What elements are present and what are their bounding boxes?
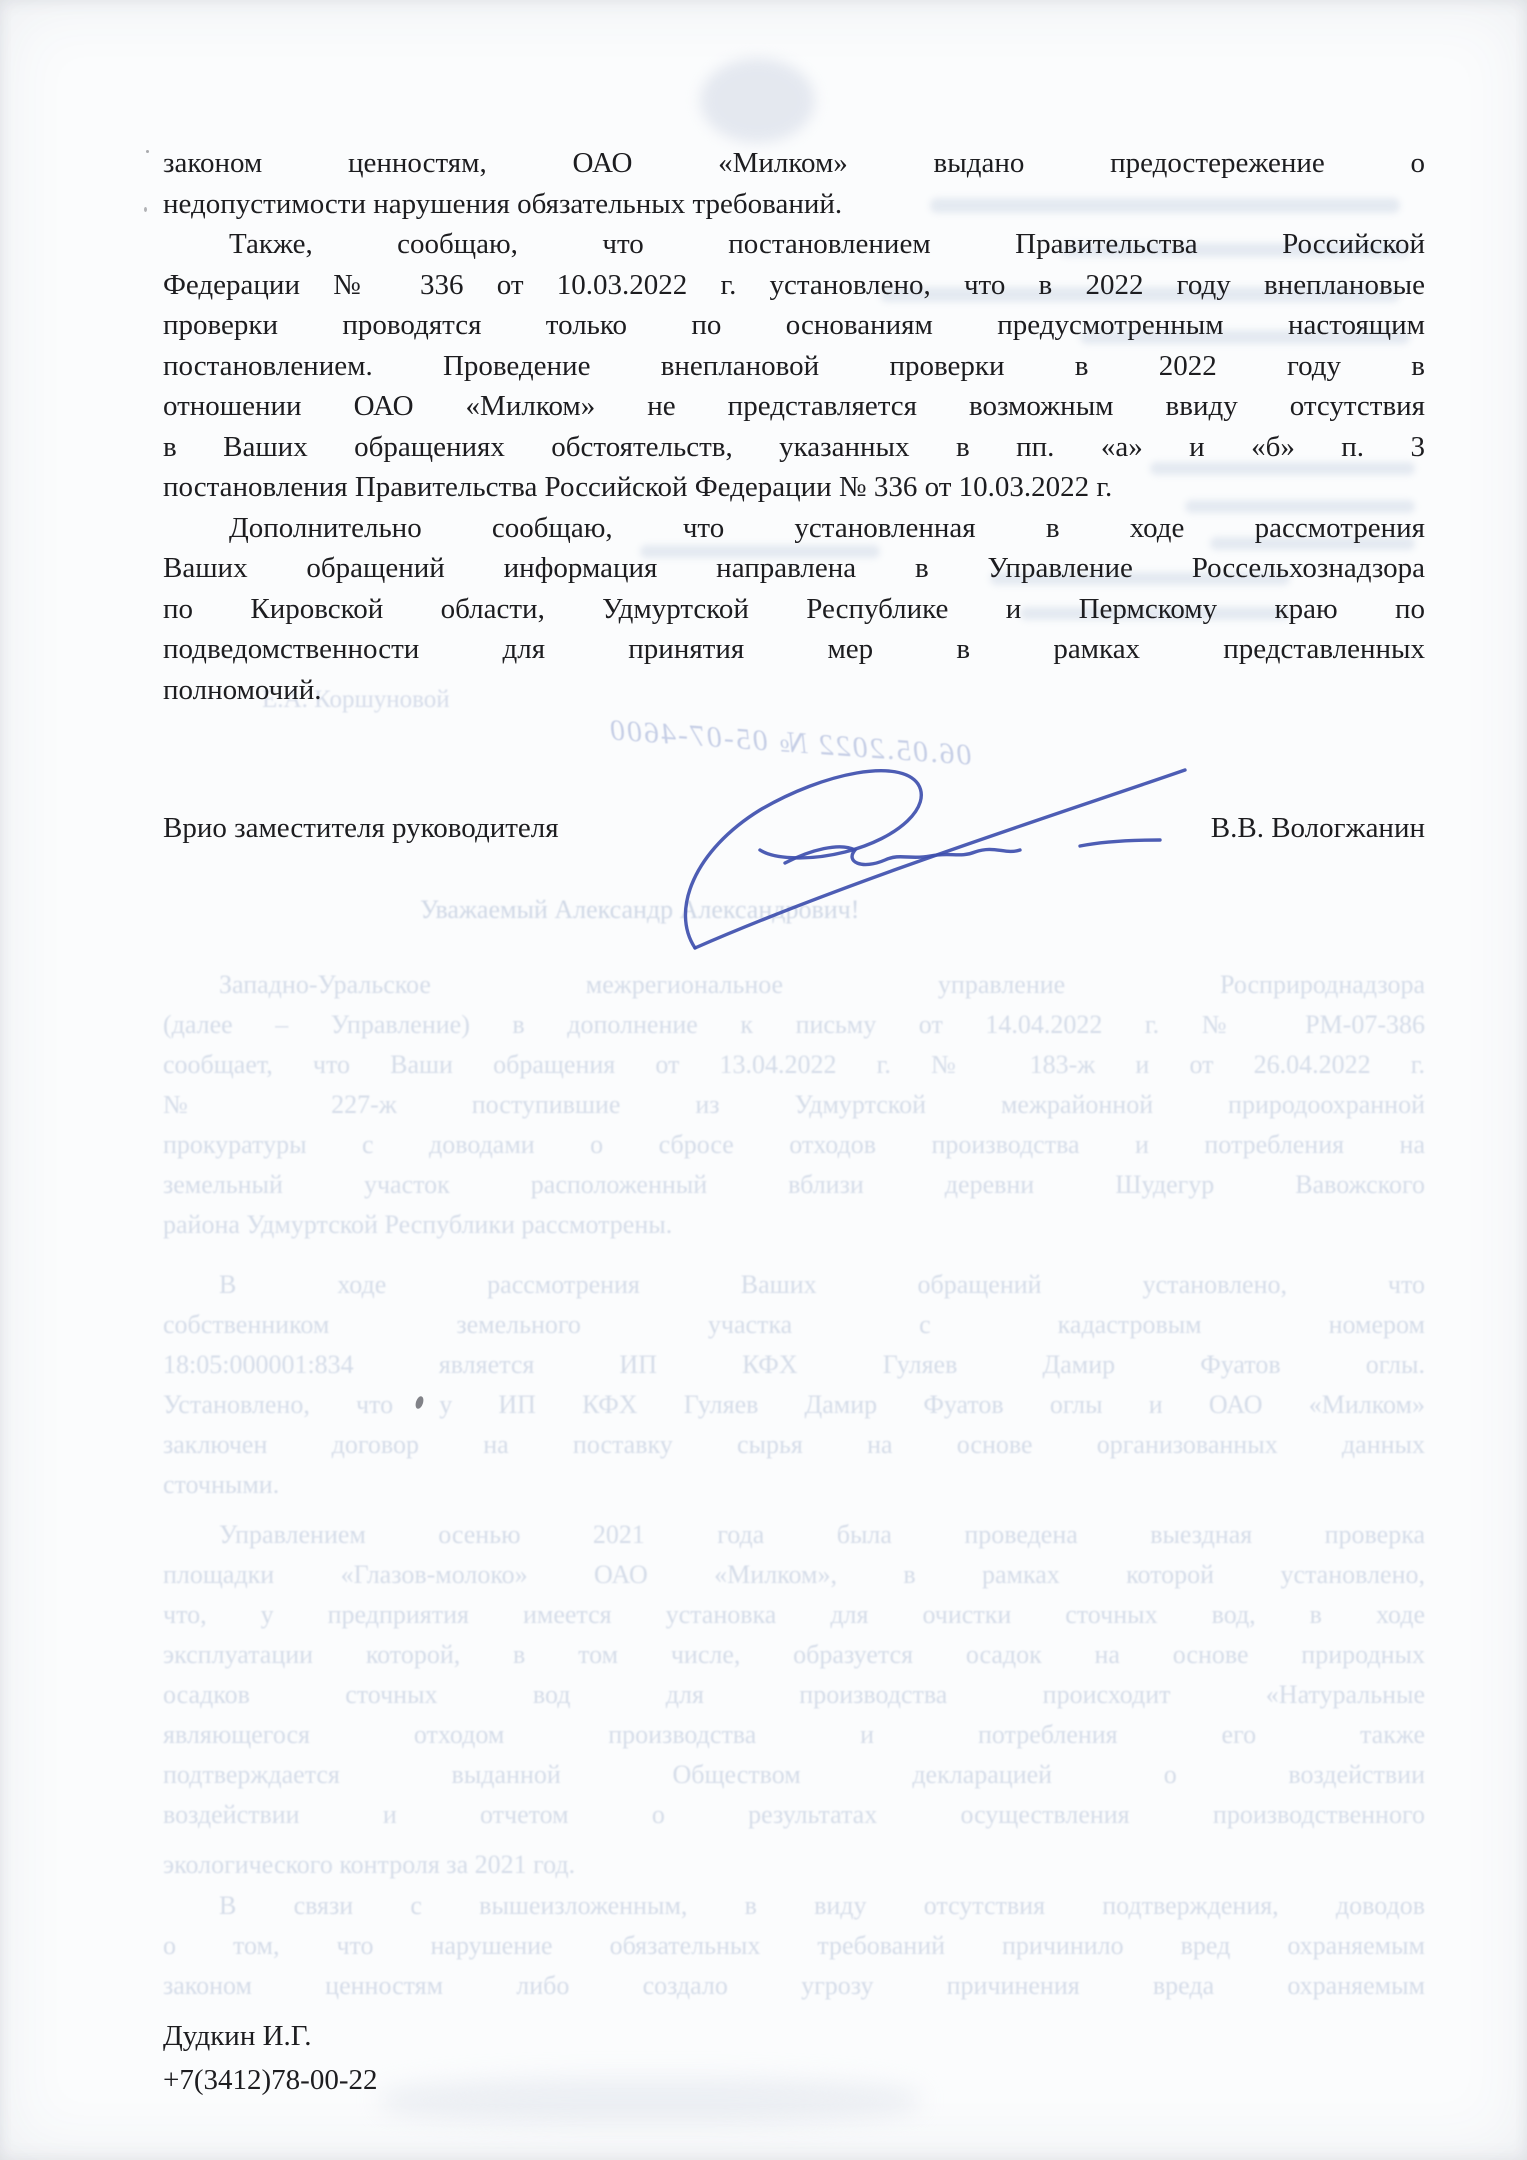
ghost-line: сточными. xyxy=(163,1465,1425,1505)
ghost-line: 18:05:000001:834 является ИП КФХ Гуляев … xyxy=(163,1345,1425,1385)
executor-block: Дудкин И.Г. +7(3412)78-00-22 xyxy=(163,2014,377,2102)
letter-line: законом ценностям, ОАО «Милком» выдано п… xyxy=(163,143,1425,184)
letter-line: по Кировской области, Удмуртской Республ… xyxy=(163,589,1425,630)
ghost-line: сообщает, что Ваши обращения от 13.04.20… xyxy=(163,1045,1425,1085)
letter-body: законом ценностям, ОАО «Милком» выдано п… xyxy=(163,143,1425,710)
ghost-line: о том, что нарушение обязательных требов… xyxy=(163,1926,1425,1966)
letter-line: недопустимости нарушения обязательных тр… xyxy=(163,184,1425,225)
ghost-line: (далее – Управление) в дополнение к пись… xyxy=(163,1005,1425,1045)
ghost-line: заключен договор на поставку сырья на ос… xyxy=(163,1425,1425,1465)
ghost-line: площадки «Глазов-молоко» ОАО «Милком», в… xyxy=(163,1555,1425,1595)
ghost-emblem-smudge xyxy=(700,58,815,143)
ghost-paragraph-2: В ходе рассмотрения Ваших обращений уста… xyxy=(163,1265,1425,1505)
letter-line: Также, сообщаю, что постановлением Прави… xyxy=(163,224,1425,265)
executor-name: Дудкин И.Г. xyxy=(163,2014,377,2058)
executor-phone: +7(3412)78-00-22 xyxy=(163,2058,377,2102)
ghost-line: района Удмуртской Республики рассмотрены… xyxy=(163,1205,1425,1245)
ghost-line: эксплуатации которой, в том числе, образ… xyxy=(163,1635,1425,1675)
ghost-line: земельный участок расположенный вблизи д… xyxy=(163,1165,1425,1205)
ghost-line: что, у предприятия имеется установка для… xyxy=(163,1595,1425,1635)
letter-line: подведомственности для принятия мер в ра… xyxy=(163,629,1425,670)
ghost-bottom-smudge xyxy=(380,2078,920,2123)
ghost-paragraph-3: Управлением осенью 2021 года была провед… xyxy=(163,1515,1425,1885)
ghost-line: экологического контроля за 2021 год. xyxy=(163,1845,1425,1885)
ghost-line: собственником земельного участка с кадас… xyxy=(163,1305,1425,1345)
ghost-line: Западно-Уральское межрегиональное управл… xyxy=(163,965,1425,1005)
ghost-line: В связи с вышеизложенным, в виду отсутст… xyxy=(163,1886,1425,1926)
ghost-line: подтверждается выданной Обществом деклар… xyxy=(163,1755,1425,1795)
letter-line: постановлением. Проведение внеплановой п… xyxy=(163,346,1425,387)
letter-line: Дополнительно сообщаю, что установленная… xyxy=(163,508,1425,549)
signer-position: Врио заместителя руководителя xyxy=(163,808,559,848)
scan-speck xyxy=(146,150,149,153)
scan-speck xyxy=(144,207,147,212)
letter-line: Федерации № 336 от 10.03.2022 г. установ… xyxy=(163,265,1425,306)
letter-line: отношении ОАО «Милком» не представляется… xyxy=(163,386,1425,427)
letter-line: Ваших обращений информация направлена в … xyxy=(163,548,1425,589)
ghost-paragraph-4: В связи с вышеизложенным, в виду отсутст… xyxy=(163,1886,1425,2006)
ghost-line: Установлено, что у ИП КФХ Гуляев Дамир Ф… xyxy=(163,1385,1425,1425)
letter-line: постановления Правительства Российской Ф… xyxy=(163,467,1425,508)
ghost-line: В ходе рассмотрения Ваших обращений уста… xyxy=(163,1265,1425,1305)
letter-line: проверки проводятся только по основаниям… xyxy=(163,305,1425,346)
ghost-line: Управлением осенью 2021 года была провед… xyxy=(163,1515,1425,1555)
ghost-line: осадков сточных вод для производства про… xyxy=(163,1675,1425,1715)
ghost-line: законом ценностям либо создало угрозу пр… xyxy=(163,1966,1425,2006)
ghost-line: прокуратуры с доводами о сбросе отходов … xyxy=(163,1125,1425,1165)
ghost-line: воздействии и отчетом о результатах осущ… xyxy=(163,1795,1425,1835)
letter-line: в Ваших обращениях обстоятельств, указан… xyxy=(163,427,1425,468)
scanned-letter-page: Е.А. Коршуновой 06.05.2022 № 05-07-4600 … xyxy=(0,0,1527,2160)
ghost-line: № 227-ж поступившие из Удмуртской межрай… xyxy=(163,1085,1425,1125)
ghost-paragraph-1: Западно-Уральское межрегиональное управл… xyxy=(163,965,1425,1245)
handwritten-signature xyxy=(600,700,1220,970)
signer-name: В.В. Вологжанин xyxy=(1211,808,1425,848)
ghost-line: являющегося отходом производства и потре… xyxy=(163,1715,1425,1755)
